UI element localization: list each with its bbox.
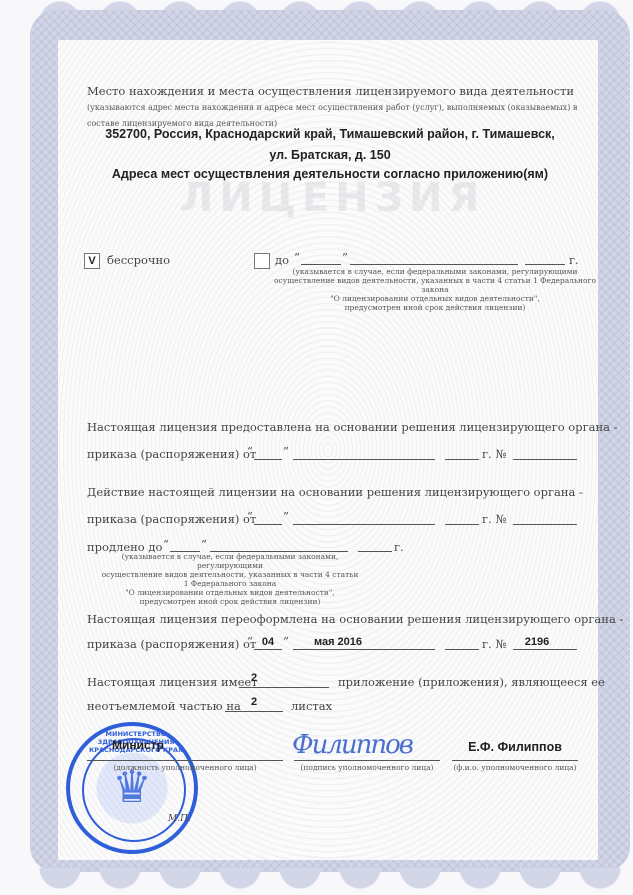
indefinite-label: бессрочно (107, 253, 170, 268)
appendix-line2: неотъемлемой частью на (87, 699, 241, 714)
granted-day-field[interactable] (254, 459, 282, 460)
granted-month-field[interactable] (293, 459, 435, 460)
open-quote: “ (247, 509, 253, 524)
stamp-mark: М.П. (168, 812, 191, 827)
location-note: (указываются адрес места нахождения и ад… (87, 103, 577, 128)
appendix-text-after: приложение (приложения), являющееся ее (338, 675, 605, 690)
name-line (452, 760, 578, 761)
prolonged-year-field[interactable] (358, 551, 392, 552)
sheets-value[interactable]: 2 (225, 696, 283, 708)
prolonged-note: (указывается в случае, если федеральными… (100, 552, 360, 606)
prolonged-note-line: осуществление видов деятельности, указан… (100, 570, 360, 588)
name-caption: (ф.и.о. уполномоченного лица) (452, 763, 578, 772)
open-quote: “ (163, 537, 169, 552)
close-quote: ” (283, 634, 289, 649)
prolonged-note-line: предусмотрен иной срок действия лицензии… (100, 597, 360, 606)
signature-caption: (подпись уполномоченного лица) (294, 763, 440, 772)
appendix-count-line (239, 687, 329, 688)
prolonged-suffix: г. (394, 540, 404, 555)
reissued-day-line (254, 649, 282, 650)
indefinite-checkbox[interactable]: V (84, 253, 100, 269)
extended-year-field[interactable] (445, 524, 479, 525)
border-scallop-bottom (30, 868, 630, 890)
location-heading: Место нахождения и места осуществления л… (87, 84, 574, 98)
extended-day-field[interactable] (254, 524, 282, 525)
name-value: Е.Ф. Филиппов (452, 740, 578, 754)
reissued-order-label: приказа (распоряжения) от (87, 637, 256, 652)
granted-year-field[interactable] (445, 459, 479, 460)
sheets-label: листах (291, 699, 332, 714)
extended-month-field[interactable] (293, 524, 435, 525)
reissued-number-line (513, 649, 577, 650)
prolonged-note-line: "О лицензировании отдельных видов деятел… (100, 588, 360, 597)
position-value: Министр (112, 738, 164, 752)
until-label: до (275, 253, 289, 268)
close-quote: ” (283, 444, 289, 459)
extended-number-label: г. № (482, 512, 506, 527)
until-year-field[interactable] (525, 264, 565, 265)
granted-order-label: приказа (распоряжения) от (87, 447, 256, 462)
appendix-count-value[interactable]: 2 (239, 672, 269, 684)
signature-line (294, 760, 440, 761)
reissued-text: Настоящая лицензия переоформлена на осно… (87, 612, 623, 627)
reissued-month-line (293, 649, 435, 650)
until-note-line: предусмотрен иной срок действия лицензии… (270, 303, 600, 312)
signature: Филиппов (292, 730, 412, 760)
until-month-field[interactable] (350, 264, 518, 265)
until-checkbox[interactable] (254, 253, 270, 269)
appendix-text-before: Настоящая лицензия имеет (87, 675, 258, 690)
extended-order-label: приказа (распоряжения) от (87, 512, 256, 527)
address-line-1: 352700, Россия, Краснодарский край, Тима… (90, 127, 570, 141)
reissued-year-line (445, 649, 479, 650)
until-day-field[interactable] (301, 264, 341, 265)
sheets-line (225, 711, 283, 712)
address-line-3: Адреса мест осуществления деятельности с… (90, 167, 570, 181)
close-quote: ” (342, 250, 348, 265)
open-quote: “ (294, 250, 300, 265)
watermark: ЛИЦЕНЗИЯ (180, 175, 480, 215)
reissued-month-year-value[interactable]: мая 2016 (293, 636, 383, 648)
close-quote: ” (201, 537, 207, 552)
reissued-number-label: г. № (482, 637, 506, 652)
extended-number-field[interactable] (513, 524, 577, 525)
granted-number-label: г. № (482, 447, 506, 462)
until-note-line: осуществление видов деятельности, указан… (270, 276, 600, 294)
until-note: (указывается в случае, если федеральными… (270, 267, 600, 312)
prolonged-note-line: (указывается в случае, если федеральными… (100, 552, 360, 570)
open-quote: “ (247, 444, 253, 459)
position-line (87, 760, 283, 761)
address-line-2: ул. Братская, д. 150 (90, 148, 570, 162)
until-year-suffix: г. (569, 253, 579, 268)
reissued-day-value[interactable]: 04 (254, 636, 282, 648)
extended-text: Действие настоящей лицензии на основании… (87, 485, 583, 500)
granted-text: Настоящая лицензия предоставлена на осно… (87, 420, 618, 435)
position-caption: (должность уполномоченного лица) (87, 763, 283, 772)
open-quote: “ (247, 634, 253, 649)
location-section: Место нахождения и места осуществления л… (87, 84, 587, 131)
close-quote: ” (283, 509, 289, 524)
until-note-line: (указывается в случае, если федеральными… (270, 267, 600, 276)
until-note-line: "О лицензировании отдельных видов деятел… (270, 294, 600, 303)
reissued-number-value[interactable]: 2196 (513, 636, 561, 648)
granted-number-field[interactable] (513, 459, 577, 460)
